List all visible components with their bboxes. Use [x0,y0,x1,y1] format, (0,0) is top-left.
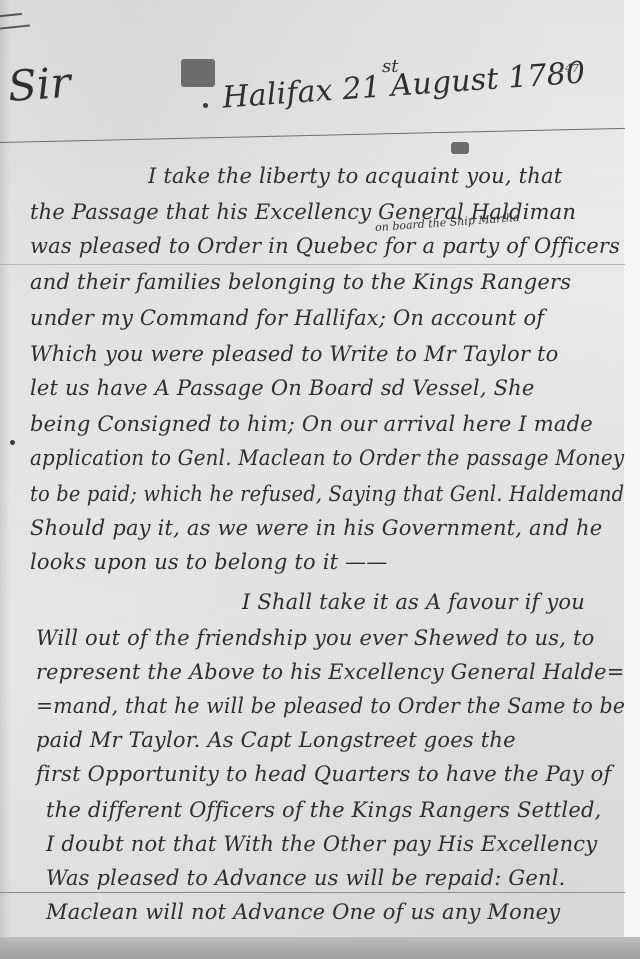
letter-line: paid Mr Taylor. As Capt Longstreet goes … [36,728,516,752]
letter-line: looks upon us to belong to it —— [30,550,388,574]
letter-line: Which you were pleased to Write to Mr Ta… [30,342,558,366]
page-right-margin [624,0,640,959]
manuscript-page: Sir Halifax 21 August 1780 st 147 on boa… [0,0,640,959]
salutation: Sir [6,58,72,111]
dateline: Halifax 21 August 1780 [221,55,586,115]
letter-line: being Consigned to him; On our arrival h… [30,412,593,436]
letter-line: application to Genl. Maclean to Order th… [30,446,624,470]
date-ordinal-superscript: st [382,56,398,77]
letter-line: I Shall take it as A favour if you [242,590,585,614]
margin-dot [10,440,15,445]
letter-line: was pleased to Order in Quebec for a par… [30,234,620,258]
page-edge-shadow [0,0,10,959]
letter-line: Was pleased to Advance us will be repaid… [46,866,565,890]
faint-rule [0,892,625,893]
letter-line: to be paid; which he refused, Saying tha… [30,482,624,506]
letter-line: Will out of the friendship you ever Shew… [36,626,594,650]
letter-line: the Passage that his Excellency General … [30,200,576,224]
letter-line: I take the liberty to acquaint you, that [148,164,562,188]
letter-line: Should pay it, as we were in his Governm… [30,516,602,540]
letter-line: and their families belonging to the King… [30,270,571,294]
letter-line: represent the Above to his Excellency Ge… [36,660,624,684]
ink-stain [451,142,469,154]
letter-line: I doubt not that With the Other pay His … [46,832,597,856]
faint-rule [0,264,625,265]
scan-bottom-shadow [0,937,640,959]
page-number: 147 [558,62,579,75]
letter-line: under my Command for Hallifax; On accoun… [30,306,544,330]
header-rule [0,128,625,143]
letter-line: the different Officers of the Kings Rang… [46,798,602,822]
ink-dot [203,103,208,108]
ink-stain [181,59,215,87]
letter-line: let us have A Passage On Board sd Vessel… [30,376,535,400]
letter-line: =mand, that he will be pleased to Order … [36,694,625,718]
letter-line: Maclean will not Advance One of us any M… [46,900,560,924]
letter-line: first Opportunity to head Quarters to ha… [36,762,612,786]
